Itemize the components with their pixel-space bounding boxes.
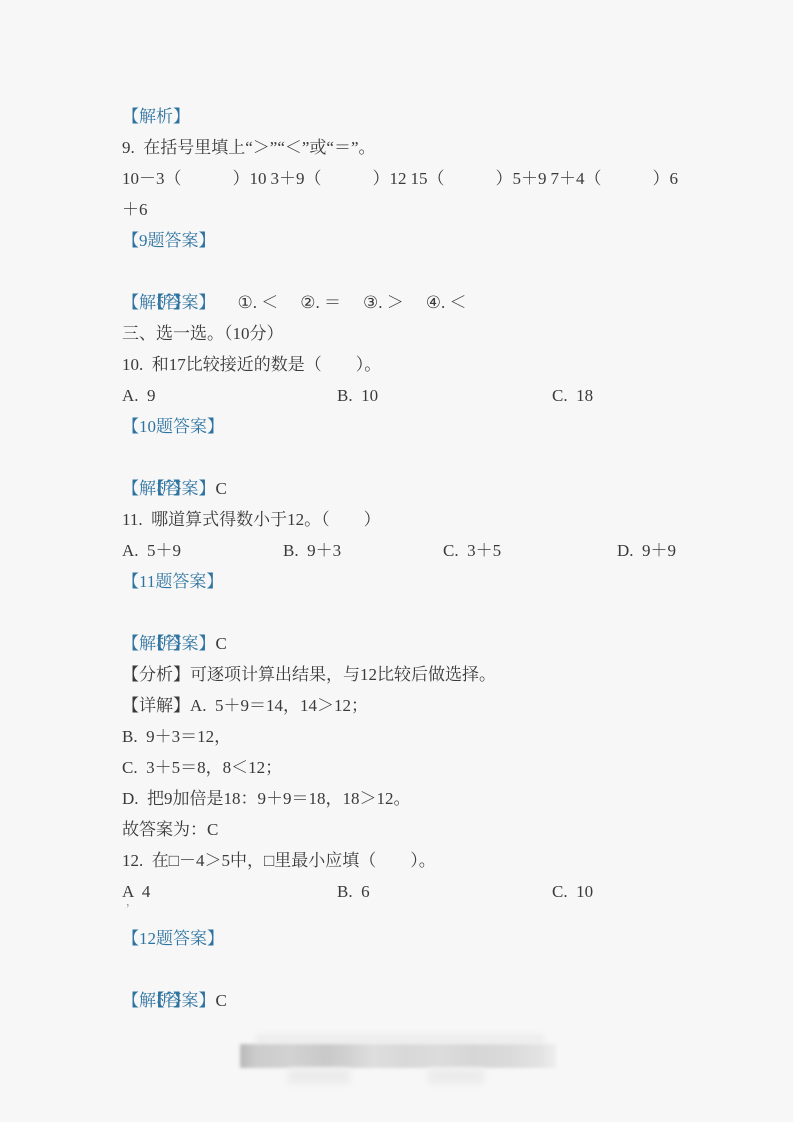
question-11-conclusion: 故答案为：C xyxy=(122,814,678,845)
question-9-answer-header: 【9题答案】 xyxy=(122,225,678,256)
option-a: A. 5＋9 xyxy=(122,535,283,566)
answer-item-1: ①. ＜ xyxy=(238,287,279,318)
answer-item-4: ④. ＜ xyxy=(426,287,467,318)
document-content: 【解析】 9. 在括号里填上“＞”“＜”或“＝”。 10－3（ ）10 3＋9（… xyxy=(122,101,678,1016)
answer-item-3: ③. ＞ xyxy=(363,287,404,318)
analysis-label: 【解析】 xyxy=(122,101,678,132)
option-b: B. 9＋3 xyxy=(283,535,443,566)
question-10-answer-header: 【10题答案】 xyxy=(122,411,678,442)
question-11-analysis: 【分析】可逐项计算出结果，与12比较后做选择。 xyxy=(122,659,678,690)
option-c: C. 10 xyxy=(552,876,678,907)
question-11-detail-line: D. 把9加倍是18：9＋9＝18，18＞12。 xyxy=(122,783,678,814)
question-9-expression-overflow: ＋6 xyxy=(122,194,678,225)
question-12-options: A 4 B. 6 C. 10 ， xyxy=(122,876,678,907)
question-9-stem: 9. 在括号里填上“＞”“＜”或“＝”。 xyxy=(122,132,678,163)
option-b: B. 10 xyxy=(337,380,552,411)
question-9-answer-row: 【答案】①. ＜②. ＝③. ＞④. ＜ xyxy=(122,256,678,287)
question-12-answer-header: 【12题答案】 xyxy=(122,923,678,954)
option-a: A 4 xyxy=(122,876,337,907)
question-10-answer-row: 【答案】C xyxy=(122,442,678,473)
answer-item-2: ②. ＝ xyxy=(300,287,341,318)
question-11-answer-row: 【答案】C xyxy=(122,597,678,628)
question-12-answer-row: 【答案】C xyxy=(122,954,678,985)
watermark-blur-blob xyxy=(288,1068,350,1084)
question-11-stem: 11. 哪道算式得数小于12。（ ） xyxy=(122,504,678,535)
question-9-expressions: 10－3（ ）10 3＋9（ ）12 15（ ）5＋9 7＋4（ ）6 xyxy=(122,163,678,194)
section-3-heading: 三、选一选。（10分） xyxy=(122,318,678,349)
expression-1: 10－3（ ）10 xyxy=(122,163,267,194)
answer-value: C xyxy=(216,634,227,653)
watermark-blur-blob xyxy=(428,1068,484,1084)
option-c: C. 3＋5 xyxy=(443,535,617,566)
question-12-stem: 12. 在□－4＞5中，□里最小应填（ ）。 xyxy=(122,845,678,876)
option-d: D. 9＋9 xyxy=(617,535,678,566)
question-11-options: A. 5＋9 B. 9＋3 C. 3＋5 D. 9＋9 xyxy=(122,535,678,566)
answer-value: C xyxy=(216,991,227,1010)
question-11-answer-header: 【11题答案】 xyxy=(122,566,678,597)
worksheet-page: 【解析】 9. 在括号里填上“＞”“＜”或“＝”。 10－3（ ）10 3＋9（… xyxy=(0,0,793,1122)
expression-3: 15（ ）5＋9 xyxy=(411,163,547,194)
expression-2: 3＋9（ ）12 xyxy=(271,163,407,194)
option-a: A. 9 xyxy=(122,380,337,411)
option-c: C. 18 xyxy=(552,380,678,411)
question-11-detail-line: C. 3＋5＝8，8＜12； xyxy=(122,752,678,783)
watermark-blur-band xyxy=(240,1044,556,1068)
question-10-stem: 10. 和17比较接近的数是（ ）。 xyxy=(122,349,678,380)
question-11-detail-line: B. 9＋3＝12， xyxy=(122,721,678,752)
answer-value: C xyxy=(216,479,227,498)
stray-mark: ， xyxy=(126,897,137,908)
option-b: B. 6 xyxy=(337,876,552,907)
expression-4: 7＋4（ ）6 xyxy=(551,163,679,194)
question-10-options: A. 9 B. 10 C. 18 xyxy=(122,380,678,411)
question-11-detail-line: 【详解】A. 5＋9＝14，14＞12； xyxy=(122,690,678,721)
